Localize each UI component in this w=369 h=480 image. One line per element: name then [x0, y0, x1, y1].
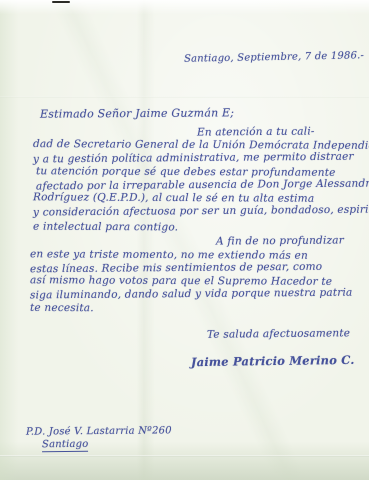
date-line: Santiago, Septiembre, 7 de 1986.- [184, 49, 364, 65]
body-line: siga iluminando, dando salud y vida porq… [30, 287, 353, 303]
body-line: y a tu gestión política administrativa, … [33, 151, 354, 167]
salutation: Estimado Señor Jaime Guzmán E; [40, 106, 234, 120]
closing-line: Te saluda afectuosamente [207, 327, 350, 341]
postscript-city: Santiago [42, 438, 89, 452]
letter-page: Santiago, Septiembre, 7 de 1986.- Estima… [0, 0, 369, 480]
body-line: e intelectual para contigo. [33, 221, 178, 235]
paper-crease [0, 455, 369, 457]
postscript-address: P.D. José V. Lastarria Nº260 [26, 424, 172, 438]
body-line: te necesita. [30, 302, 94, 315]
body-line: y consideración afectuosa por ser un guí… [33, 203, 369, 219]
body-line: A fin de no profundizar [216, 234, 344, 248]
body-line: En atención a tu cali- [197, 125, 315, 139]
paper-crease [0, 96, 369, 98]
signature: Jaime Patricio Merino C. [191, 354, 355, 369]
scan-artifact [52, 1, 70, 3]
